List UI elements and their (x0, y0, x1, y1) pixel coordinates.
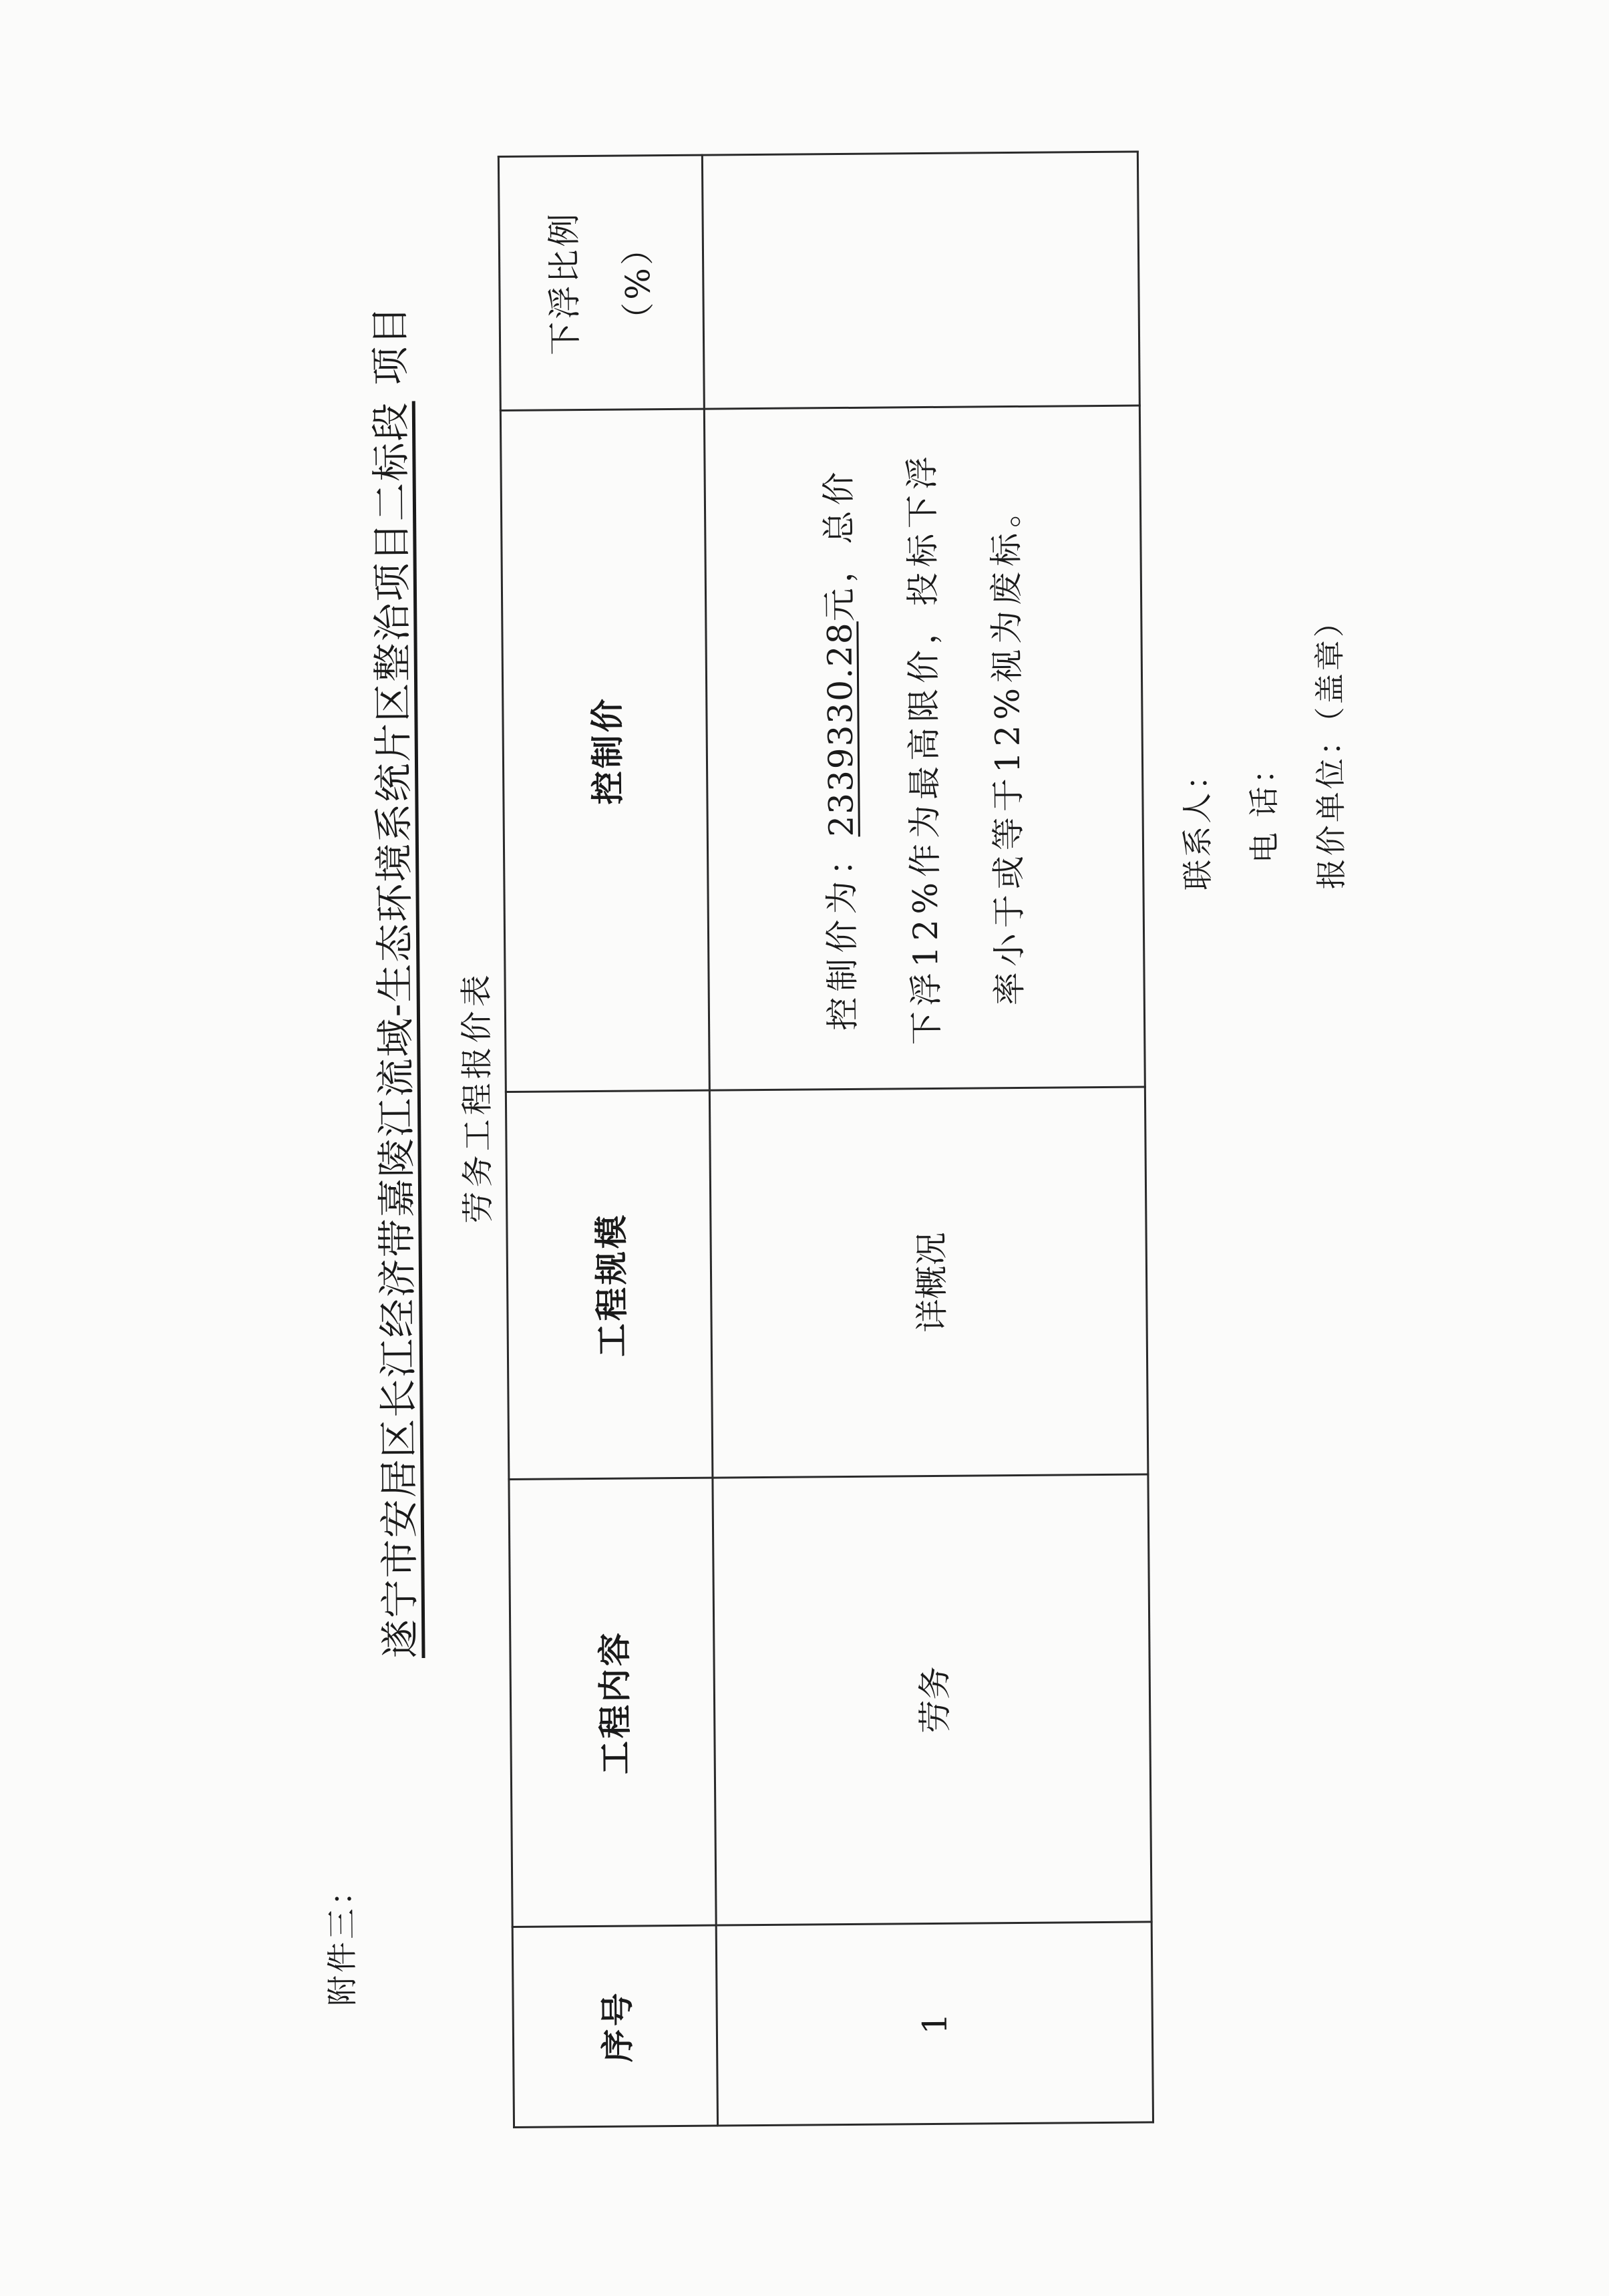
header-ratio-line1: 下浮比例 (527, 158, 602, 409)
header-ratio: 下浮比例 （%） (498, 155, 704, 410)
contact-field[interactable]: 联系人： (1162, 605, 1231, 890)
annex-label: 附件三： (317, 1872, 363, 2007)
header-no: 序号 (512, 1925, 717, 2127)
cell-no: 1 (716, 1922, 1153, 2126)
phone-field[interactable]: 电 话： (1229, 605, 1298, 890)
document-page: 附件三： 遂宁市安居区长江经济带嘉陵江流域-生态环境系统片区整治项目二标段项目 … (0, 0, 1609, 2296)
cell-scale: 详概况 (709, 1087, 1148, 1478)
project-name: 遂宁市安居区长江经济带嘉陵江流域-生态环境系统片区整治项目二标段 (368, 401, 423, 1658)
control-price-prefix: 控制价为： (822, 836, 862, 1030)
project-title: 遂宁市安居区长江经济带嘉陵江流域-生态环境系统片区整治项目二标段项目 (359, 305, 425, 1658)
table-header-row: 序号 工程内容 工程规模 控制价 下浮比例 （%） (498, 155, 717, 2127)
cell-ratio-input[interactable] (702, 152, 1139, 409)
cell-control-price: 控制价为：2339330.28元，总价下浮12%作为最高限价，投标下浮率小于或等… (704, 405, 1145, 1090)
header-control-price: 控制价 (500, 409, 709, 1092)
header-ratio-line2: （%） (600, 157, 676, 408)
table-row: 1 劳务 详概况 控制价为：2339330.28元，总价下浮12%作为最高限价，… (702, 152, 1153, 2126)
control-price-amount: 2339330.28 (820, 621, 861, 837)
quote-table: 序号 工程内容 工程规模 控制价 下浮比例 （%） 1 劳务 详概况 控制价为：… (498, 151, 1154, 2128)
table-caption: 劳务工程报价表 (450, 971, 498, 1224)
unit-field[interactable]: 报价单位：（盖章） (1296, 604, 1365, 890)
header-scale: 工程规模 (506, 1090, 713, 1479)
project-suffix: 项目 (367, 305, 413, 385)
cell-content: 劳务 (713, 1474, 1151, 1925)
header-content: 工程内容 (509, 1478, 716, 1927)
signature-block: 联系人： 电 话： 报价单位：（盖章） (1162, 604, 1365, 890)
